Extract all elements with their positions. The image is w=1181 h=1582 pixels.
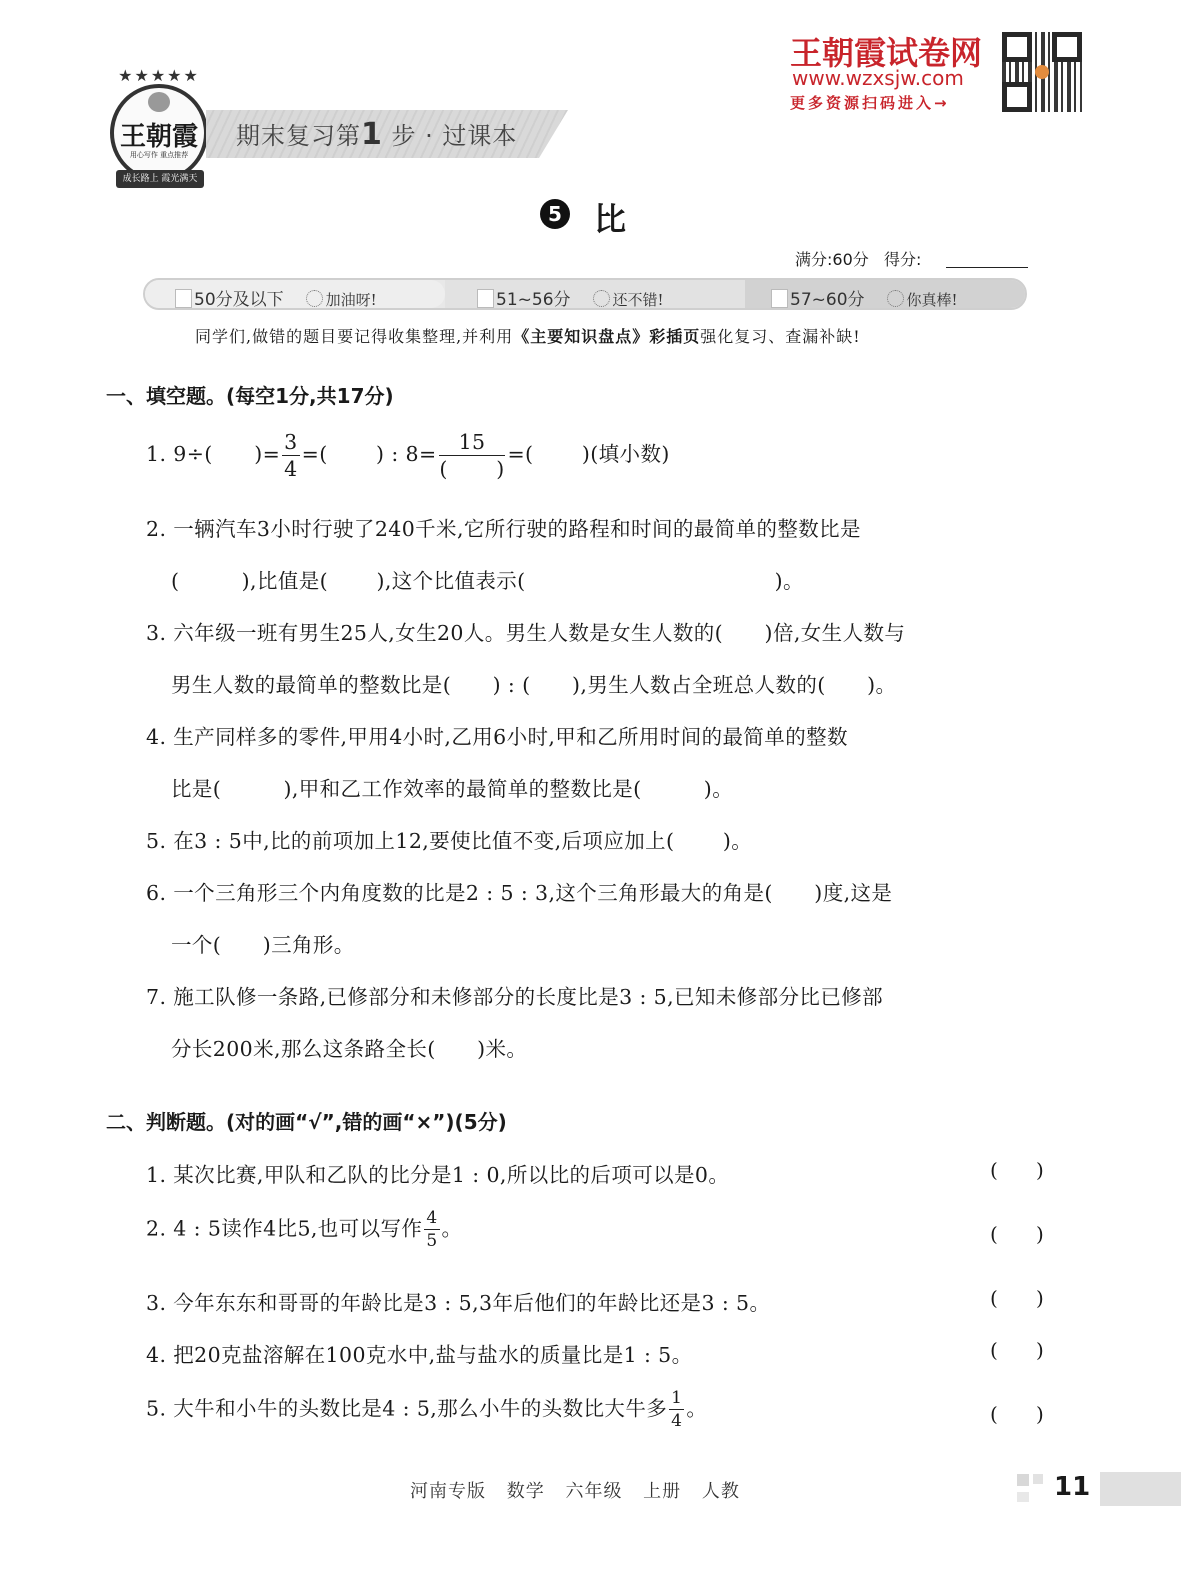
q-text: 。 [442, 1217, 463, 1241]
rating-option-3[interactable]: 57~60分你真棒! [771, 285, 958, 310]
brand-url[interactable]: www.wzxsjw.com [792, 66, 964, 90]
score-info: 满分:60分 得分: [795, 247, 921, 270]
rating-message: 加油呀! [326, 291, 377, 309]
question-2-line-1: 2. 一辆汽车3小时行驶了240千米,它所行驶的路程和时间的最简单的整数比是 [146, 512, 861, 542]
banner-step-number: 1 [361, 117, 383, 152]
q-text: =( )(填小数) [507, 442, 669, 466]
checkbox[interactable] [477, 289, 494, 308]
banner-suffix: 步 · 过课本 [392, 122, 518, 150]
page-number: 11 [1054, 1472, 1090, 1502]
step-banner-text: 期末复习第1 步 · 过课本 [236, 116, 517, 152]
question-2-line-2: ( ),比值是( ),这个比值表示( )。 [171, 564, 804, 594]
chapter-number-badge: 5 [540, 199, 570, 229]
page-decoration [1033, 1474, 1043, 1484]
rating-range: 50分及以下 [194, 290, 284, 310]
question-5: 5. 在3 : 5中,比的前项加上12,要使比值不变,后项应加上( )。 [146, 824, 752, 854]
question-1: 1. 9÷( )=34=( ) : 8=15( )=( )(填小数) [146, 432, 670, 479]
question-4-line-1: 4. 生产同样多的零件,甲用4小时,乙用6小时,甲和乙所用时间的最简单的整数 [146, 720, 848, 750]
rating-option-2[interactable]: 51~56分还不错! [477, 285, 664, 310]
judge-item-3: 3. 今年东东和哥哥的年龄比是3 : 5,3年后他们的年龄比还是3 : 5。 [146, 1286, 770, 1316]
logo-stars-icon: ★★★★★ [104, 66, 214, 85]
fraction: 15( ) [439, 432, 506, 479]
answer-bracket[interactable]: ( ) [990, 1158, 1044, 1182]
q-text: 5. 大牛和小牛的头数比是4 : 5,那么小牛的头数比大牛多 [146, 1397, 667, 1421]
denominator: 5 [424, 1230, 439, 1250]
notice-text: 强化复习、查漏补缺! [700, 327, 860, 346]
fraction: 34 [282, 432, 299, 479]
question-7-line-1: 7. 施工队修一条路,已修部分和未修部分的长度比是3 : 5,已知未修部分比已修… [146, 980, 883, 1010]
score-input-line[interactable] [946, 267, 1028, 268]
footer-edition: 河南专版 数学 六年级 上册 人教 [410, 1477, 740, 1503]
logo-ribbon: 成长路上 霞光满天 [116, 170, 204, 188]
checkbox[interactable] [771, 289, 788, 308]
numerator: 3 [282, 432, 299, 456]
judge-item-1: 1. 某次比赛,甲队和乙队的比分是1 : 0,所以比的后项可以是0。 [146, 1158, 729, 1188]
question-3-line-2: 男生人数的最简单的整数比是( ) : ( ),男生人数占全班总人数的( )。 [171, 668, 896, 698]
qr-code-icon[interactable] [1002, 32, 1082, 112]
section-heading-true-false: 二、判断题。(对的画“√”,错的画“×”)(5分) [106, 1106, 507, 1135]
question-6-line-2: 一个( )三角形。 [171, 928, 355, 958]
q-text: 1. 9÷( )= [146, 442, 280, 466]
judge-item-4: 4. 把20克盐溶解在100克水中,盐与盐水的质量比是1 : 5。 [146, 1338, 693, 1368]
logo-name: 王朝霞 [118, 116, 200, 153]
denominator: ( ) [439, 456, 506, 480]
answer-bracket[interactable]: ( ) [990, 1286, 1044, 1310]
rating-message: 还不错! [613, 291, 664, 309]
question-3-line-1: 3. 六年级一班有男生25人,女生20人。男生人数是女生人数的( )倍,女生人数… [146, 616, 905, 646]
smiley-icon [887, 290, 904, 307]
brand-more-text: 更多资源扫码进入→ [790, 92, 950, 113]
judge-item-5: 5. 大牛和小牛的头数比是4 : 5,那么小牛的头数比大牛多14。 [146, 1390, 707, 1430]
judge-item-2: 2. 4 : 5读作4比5,也可以写作45。 [146, 1210, 462, 1250]
answer-bracket[interactable]: ( ) [990, 1338, 1044, 1362]
rating-range: 57~60分 [790, 290, 865, 310]
denominator: 4 [282, 456, 299, 480]
fraction: 14 [669, 1390, 684, 1430]
study-notice: 同学们,做错的题目要记得收集整理,并利用《主要知识盘点》彩插页强化复习、查漏补缺… [195, 324, 861, 347]
rating-option-1[interactable]: 50分及以下加油呀! [175, 285, 377, 310]
notice-highlight: 《主要知识盘点》彩插页 [513, 327, 700, 346]
notice-text: 同学们,做错的题目要记得收集整理,并利用 [195, 327, 513, 346]
section-heading-fill-blank: 一、填空题。(每空1分,共17分) [106, 380, 394, 409]
numerator: 15 [439, 432, 506, 456]
page-decoration [1017, 1492, 1029, 1502]
page-decoration [1017, 1474, 1029, 1486]
fraction: 45 [424, 1210, 439, 1250]
numerator: 1 [669, 1390, 684, 1410]
smiley-icon [593, 290, 610, 307]
score-label: 得分: [884, 250, 921, 269]
numerator: 4 [424, 1210, 439, 1230]
smiley-icon [306, 290, 323, 307]
answer-bracket[interactable]: ( ) [990, 1402, 1044, 1426]
page-title: 比 [594, 194, 626, 240]
publisher-logo: ★★★★★ 王朝霞 用心写作 重点推荐 成长路上 霞光满天 [104, 66, 214, 192]
page-tab [1100, 1472, 1181, 1506]
banner-prefix: 期末复习第 [236, 122, 361, 150]
checkbox[interactable] [175, 289, 192, 308]
full-score: 满分:60分 [795, 250, 869, 269]
q-text: 。 [686, 1397, 707, 1421]
rating-message: 你真棒! [907, 291, 958, 309]
denominator: 4 [669, 1410, 684, 1430]
rating-range: 51~56分 [496, 290, 571, 310]
q-text: 2. 4 : 5读作4比5,也可以写作 [146, 1217, 422, 1241]
logo-subtitle: 用心写作 重点推荐 [124, 150, 194, 160]
answer-bracket[interactable]: ( ) [990, 1222, 1044, 1246]
question-6-line-1: 6. 一个三角形三个内角度数的比是2 : 5 : 3,这个三角形最大的角是( )… [146, 876, 892, 906]
question-4-line-2: 比是( ),甲和乙工作效率的最简单的整数比是( )。 [171, 772, 733, 802]
q-text: =( ) : 8= [302, 442, 437, 466]
question-7-line-2: 分长200米,那么这条路全长( )米。 [171, 1032, 527, 1062]
logo-portrait-icon [148, 92, 170, 112]
self-rating-bar: 50分及以下加油呀! 51~56分还不错! 57~60分你真棒! [143, 278, 1027, 310]
